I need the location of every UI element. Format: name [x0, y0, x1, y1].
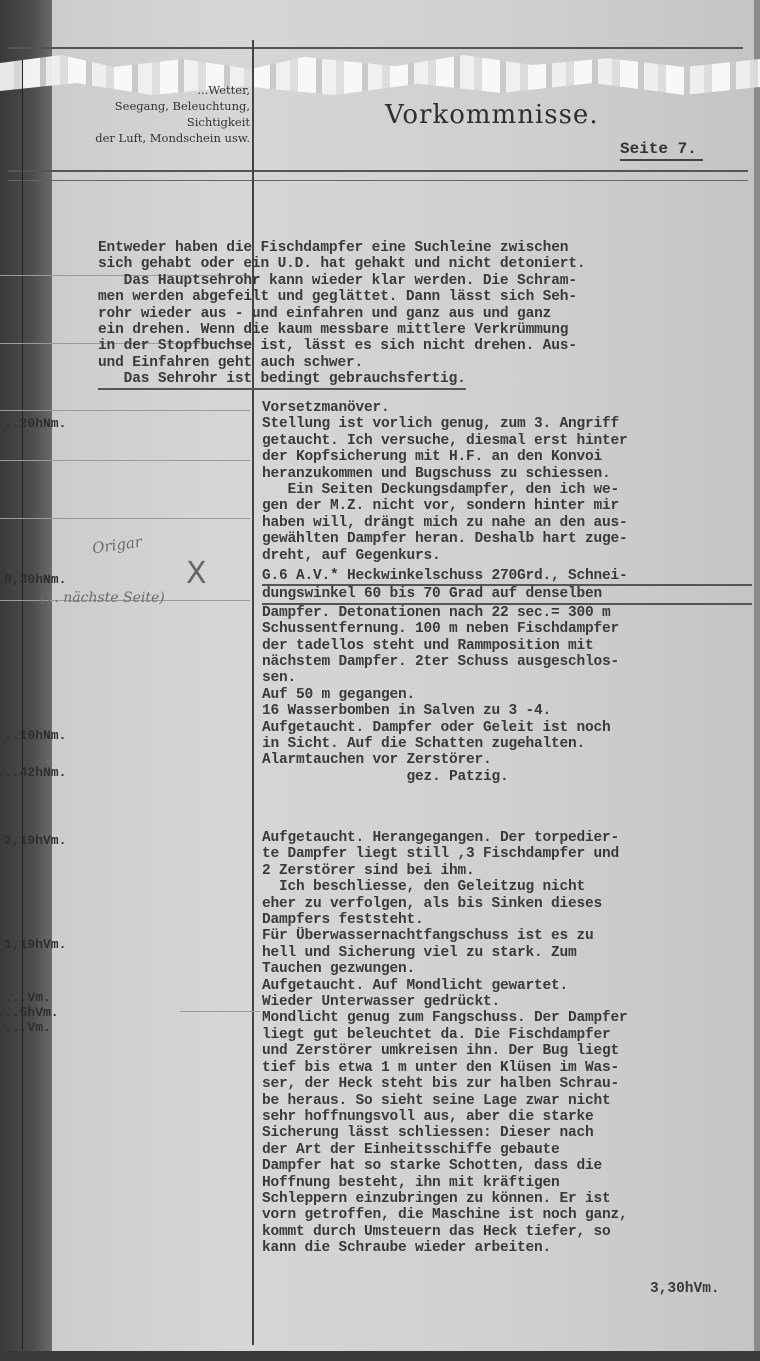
text-line: Wieder Unterwasser gedrückt.: [262, 994, 752, 1010]
left-column-header: ...Wetter, Seegang, Beleuchtung, Sichtig…: [55, 82, 250, 146]
text-line: Auf 50 m gegangen.: [262, 687, 752, 703]
text-line: Schleppern einzubringen zu können. Er is…: [262, 1191, 752, 1207]
ledger-line: [0, 518, 250, 519]
text-line: sen.: [262, 670, 752, 686]
text-line: ein drehen. Wenn die kaum messbare mittl…: [98, 322, 753, 338]
intro-paragraph: Entweder haben die Fischdampfer eine Suc…: [98, 240, 753, 390]
handwritten-note: Origar: [91, 533, 143, 558]
column-divider: [252, 40, 254, 1345]
text-line: der Art der Einheitsschiffe gebaute: [262, 1142, 752, 1158]
text-line: Für Überwassernachtfangschuss ist es zu: [262, 928, 752, 944]
time-entry: ...Vm.: [4, 1020, 94, 1035]
text-line: 16 Wasserbomben in Salven zu 3 -4.: [262, 703, 752, 719]
text-line: liegt gut beleuchtet da. Die Fischdampfe…: [262, 1027, 752, 1043]
handwritten-note: (1. nächste Seite): [40, 590, 165, 606]
signature: gez. Patzig.: [262, 769, 752, 785]
ledger-line: [0, 410, 250, 411]
text-line: sich gehabt oder ein U.D. hat gehakt und…: [98, 256, 753, 272]
left-header-line: Seegang, Beleuchtung, Sichtigkeit: [55, 98, 250, 130]
left-header-line: der Luft, Mondschein usw.: [55, 130, 250, 146]
margin-line: [22, 60, 23, 1350]
text-line: ser, der Heck steht bis zur halben Schra…: [262, 1076, 752, 1092]
text-line: tief bis etwa 1 m unter den Klüsen im Wa…: [262, 1060, 752, 1076]
header-rule-2: [8, 180, 748, 181]
text-line: dungswinkel 60 bis 70 Grad auf denselben: [262, 586, 752, 604]
text-line: Dampfer. Detonationen nach 22 sec.= 300 …: [262, 605, 752, 621]
text-line: kommt durch Umsteuern das Heck tiefer, s…: [262, 1224, 752, 1240]
time-entry: ..5hVm.: [4, 1005, 94, 1020]
scan-shadow-left: [0, 0, 52, 1361]
text-line: in Sicht. Auf die Schatten zugehalten.: [262, 736, 752, 752]
text-line: vorn getroffen, die Maschine ist noch ga…: [262, 1207, 752, 1223]
text-line: gen der M.Z. nicht vor, sondern hinter m…: [262, 498, 752, 514]
text-line: Das Sehrohr ist bedingt gebrauchsfertig.: [98, 371, 466, 389]
ledger-line: [0, 460, 250, 461]
text-line: Aufgetaucht. Auf Mondlicht gewartet.: [262, 978, 752, 994]
closing-time: 3,30hVm.: [650, 1281, 720, 1297]
handwritten-x-mark: X: [186, 556, 207, 591]
text-line: und Zerstörer umkreisen ihn. Der Bug lie…: [262, 1043, 752, 1059]
text-line: G.6 A.V.* Heckwinkelschuss 270Grd., Schn…: [262, 568, 752, 586]
top-rule: [8, 47, 743, 49]
left-header-line: ...Wetter,: [55, 82, 250, 98]
text-line: der Kopfsicherung mit H.F. an den Konvoi: [262, 449, 752, 465]
text-line: sehr hoffnungsvoll aus, aber die starke: [262, 1109, 752, 1125]
text-line: Aufgetaucht. Dampfer oder Geleit ist noc…: [262, 720, 752, 736]
text-line: nächstem Dampfer. 2ter Schuss ausgeschlo…: [262, 654, 752, 670]
text-line: Vorsetzmanöver.: [262, 400, 752, 416]
surfaced-entry: Aufgetaucht. Herangegangen. Der torpedie…: [262, 830, 752, 1257]
text-line: Alarmtauchen vor Zerstörer.: [262, 752, 752, 768]
text-line: Entweder haben die Fischdampfer eine Suc…: [98, 240, 753, 256]
time-entry: 2,19hVm.: [4, 833, 94, 848]
text-line: Sicherung lässt schliessen: Dieser nach: [262, 1125, 752, 1141]
page-number: Seite 7.: [620, 140, 703, 161]
shot-entry: G.6 A.V.* Heckwinkelschuss 270Grd., Schn…: [262, 568, 752, 785]
text-line: rohr wieder aus - und einfahren und ganz…: [98, 306, 753, 322]
text-line: haben will, drängt mich zu nahe an den a…: [262, 515, 752, 531]
text-line: Mondlicht genug zum Fangschuss. Der Damp…: [262, 1010, 752, 1026]
text-line: te Dampfer liegt still ,3 Fischdampfer u…: [262, 846, 752, 862]
header-rule-1: [8, 170, 748, 172]
text-line: men werden abgefeilt und geglättet. Dann…: [98, 289, 753, 305]
text-line: Hoffnung besteht, ihn mit kräftigen: [262, 1175, 752, 1191]
ledger-line: [180, 1011, 260, 1012]
text-line: Ich beschliesse, den Geleitzug nicht: [262, 879, 752, 895]
scan-edge-right: [754, 0, 760, 1361]
time-entry: 1,19hVm.: [4, 937, 94, 952]
text-line: Tauchen gezwungen.: [262, 961, 752, 977]
text-line: der tadellos steht und Rammposition mit: [262, 638, 752, 654]
text-line: Dampfers feststeht.: [262, 912, 752, 928]
text-line: Aufgetaucht. Herangegangen. Der torpedie…: [262, 830, 752, 846]
text-line: und Einfahren geht auch schwer.: [98, 355, 753, 371]
text-line: kann die Schraube wieder arbeiten.: [262, 1240, 752, 1256]
text-line: hell und Sicherung viel zu stark. Zum: [262, 945, 752, 961]
document-page: ...Wetter, Seegang, Beleuchtung, Sichtig…: [0, 0, 760, 1361]
text-line: in der Stopfbuchse ist, lässt es sich ni…: [98, 338, 753, 354]
time-entry: ..42hNm.: [4, 765, 94, 780]
text-line: Dampfer hat so starke Schotten, dass die: [262, 1158, 752, 1174]
text-line: getaucht. Ich versuche, diesmal erst hin…: [262, 433, 752, 449]
text-line: dreht, auf Gegenkurs.: [262, 548, 752, 564]
text-line: heranzukommen und Bugschuss zu schiessen…: [262, 466, 752, 482]
page-title: Vorkommnisse.: [385, 100, 599, 130]
scan-edge-bottom: [0, 1351, 760, 1361]
text-line: eher zu verfolgen, als bis Sinken dieses: [262, 896, 752, 912]
time-entry: ..20hNm.: [4, 416, 94, 431]
text-line: Stellung ist vorlich genug, zum 3. Angri…: [262, 416, 752, 432]
time-entry: ...Vm.: [4, 990, 94, 1005]
text-line: be heraus. So sieht seine Lage zwar nich…: [262, 1093, 752, 1109]
time-entry: 0,30hNm.: [4, 572, 94, 587]
time-entry: ..10hNm.: [4, 728, 94, 743]
text-line: Ein Seiten Deckungsdampfer, den ich we-: [262, 482, 752, 498]
text-line: Schussentfernung. 100 m neben Fischdampf…: [262, 621, 752, 637]
text-line: Das Hauptsehrohr kann wieder klar werden…: [98, 273, 753, 289]
text-line: gewählten Dampfer heran. Deshalb hart zu…: [262, 531, 752, 547]
text-line: 2 Zerstörer sind bei ihm.: [262, 863, 752, 879]
attack-entry: Vorsetzmanöver.Stellung ist vorlich genu…: [262, 400, 752, 564]
